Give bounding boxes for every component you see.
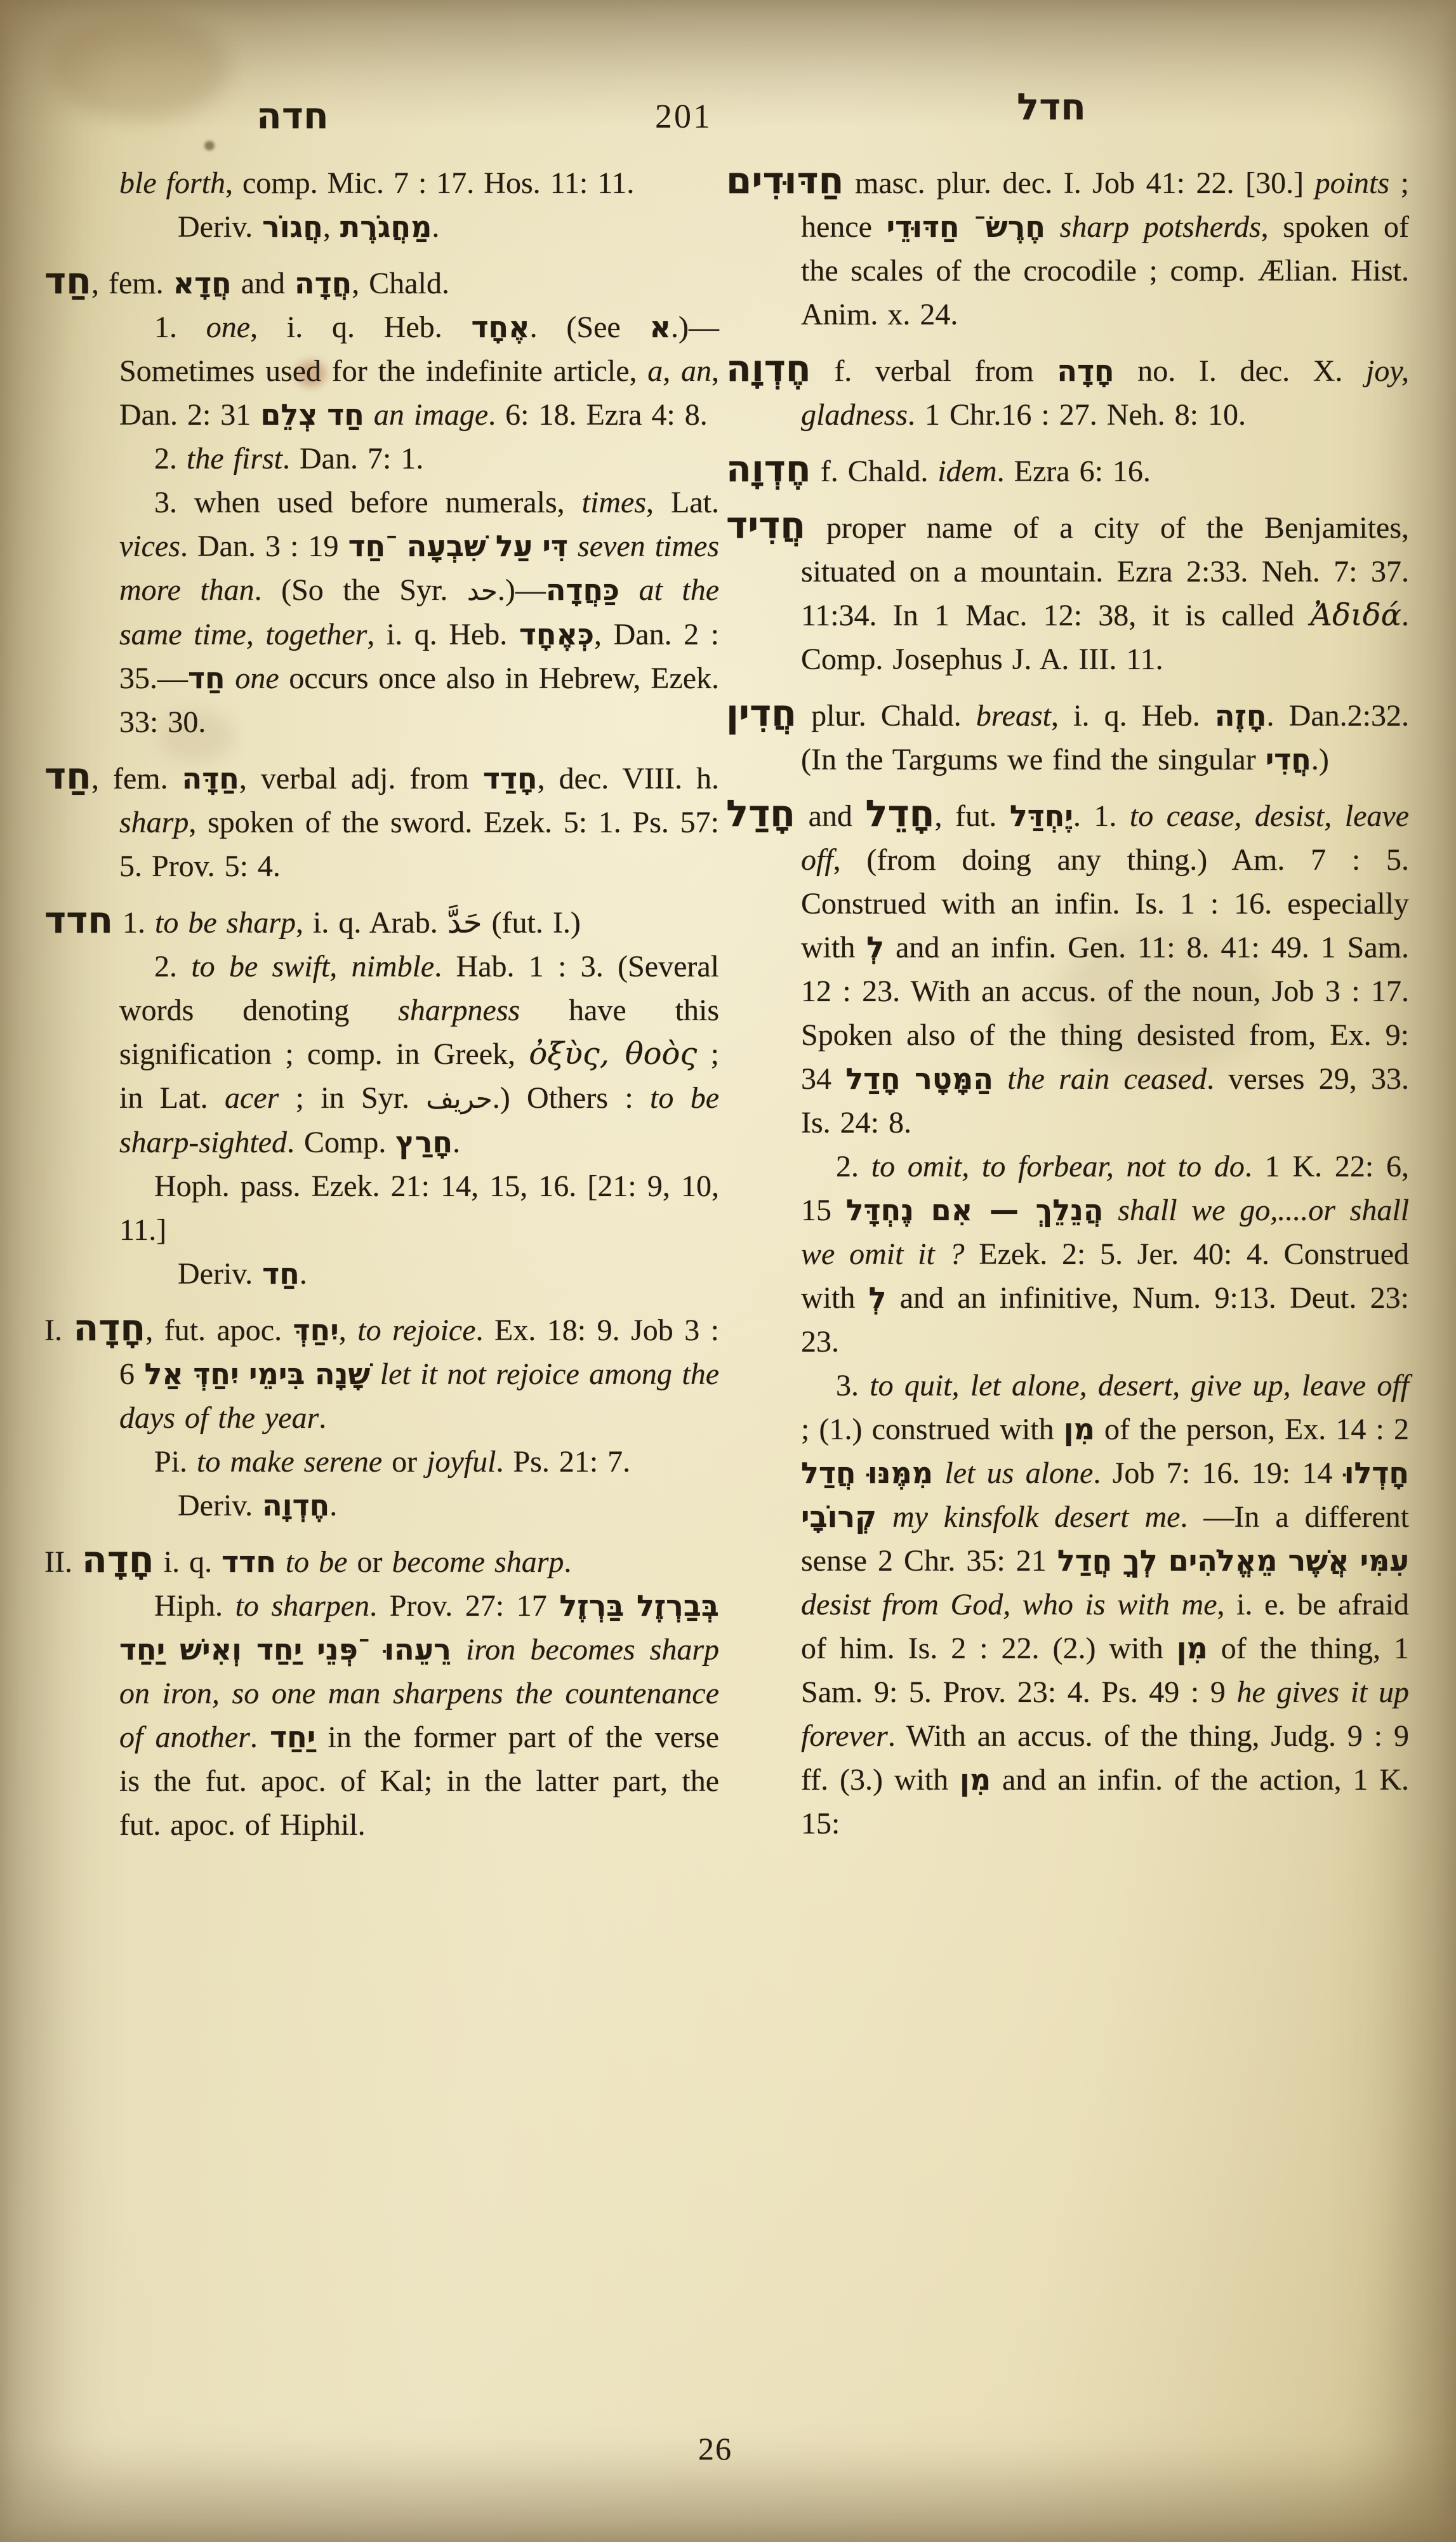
italic-text: to omit, to forbear, not to do [871,1150,1245,1183]
headword-hebrew: חָדָה [82,1538,154,1581]
hebrew-word: קְרוֹבָי [801,1500,877,1534]
hebrew-word: חָדָה [1057,354,1114,388]
text-run: ־ [358,1633,384,1667]
text-run: , [339,1314,357,1347]
arabic-text: حَدَّ [447,905,482,940]
hebrew-word: שִׁבְעָה [407,529,486,563]
headword-hebrew: חָדֵל [865,792,934,835]
entry-paragraph: 3. to quit, let alone, desert, give up, … [801,1364,1409,1846]
entry-paragraph: חֲדִין plur. Chald. breast, i. q. Heb. ח… [801,694,1409,782]
text-run: , dec. VIII. h. [538,762,719,795]
text-run: . 1 Chr.16 : 27. Neh. 8: 10. [908,398,1246,432]
hebrew-word: וְאִישׁ [180,1632,242,1667]
italic-text: one [235,662,279,695]
text-run: 2. [836,1150,871,1183]
text-run: .)— [498,573,546,607]
entry-paragraph: Pi. to make serene or joyful. Ps. 21: 7. [119,1440,719,1484]
entry-paragraph: Hoph. pass. Ezek. 21: 14, 15, 16. [21: 9… [119,1164,719,1252]
entry-paragraph: חַד, fem. חַדָּה, verbal adj. from חָדַד… [119,757,719,888]
hebrew-word: לְךָ [1123,1543,1157,1578]
hebrew-word: יִחַדְּ [193,1357,239,1391]
headword-hebrew: חֲדִין [726,691,797,735]
text-run: . 1. [1073,799,1130,833]
hebrew-word: חדד [222,1545,276,1579]
text-run [1045,210,1060,244]
guide-word-right: חדל [1017,85,1086,128]
hebrew-word: חַד [327,397,364,432]
italic-text: the first [187,442,282,476]
text-run: , fem. [91,267,173,300]
hebrew-word: חָדַל [845,1061,900,1096]
hebrew-word: חֲדַל [801,1456,856,1490]
italic-text: to be [286,1545,348,1579]
hebrew-word: יַחַד [270,1720,315,1754]
hebrew-word: רֵעֵהוּ [384,1632,451,1667]
hebrew-word: צְלֵם [260,397,317,432]
entry-paragraph: 2. the first. Dan. 7: 1. [119,437,719,481]
text-run: f. Chald. [811,455,938,488]
entry-paragraph: חַד, fem. חֲדָא and חֲדָה, Chald. [119,262,719,305]
text-run: . 6: 18. Ezra 4: 8. [488,398,708,432]
text-run: no. I. dec. X. [1115,354,1366,388]
hebrew-word: שָׁנָה [315,1357,370,1391]
italic-text: times [582,486,646,519]
entry-paragraph: Deriv. חַד. [119,1252,719,1296]
italic-text: joyful [427,1445,496,1479]
text-run: I. [44,1314,73,1347]
text-run: , i. q. Arab. [296,906,447,940]
text-run: . [319,1401,326,1435]
entry-paragraph: Deriv. חֲגוֹר, מַחֲגֹרֶת. [119,205,719,249]
headword-hebrew: חָדָה [73,1306,145,1349]
hebrew-word: מִן [960,1762,991,1797]
italic-text: sharp [119,806,189,839]
text-run: i. q. [154,1545,222,1579]
hebrew-word: חֲדַל [1057,1543,1112,1578]
headword-hebrew: חֲדִיד [726,503,805,547]
italic-text: the rain ceased [1007,1062,1207,1096]
entry-paragraph: Hiph. to sharpen. Prov. 27: 17 בַּרְזֶל … [119,1584,719,1847]
italic-text: sharpness [398,994,520,1027]
text-run [877,1500,892,1534]
hebrew-word: מִן [1064,1412,1095,1446]
hebrew-word: מִן [1177,1631,1208,1665]
italic-text: my kinsfolk desert me [892,1500,1180,1534]
hebrew-word: חֶרֶשׂ [986,210,1045,244]
text-run: Deriv. [178,210,262,244]
italic-text: to rejoice [357,1314,475,1347]
hebrew-word: חַד [348,529,386,563]
italic-text: a, an [647,354,711,388]
italic-text: to sharpen [235,1589,370,1623]
text-run: ־ [385,529,406,563]
hebrew-word: בִּימֵי [249,1357,305,1391]
paper-stain [204,141,215,150]
text-run: , fem. [91,762,182,795]
text-run: masc. plur. dec. I. Job 41: 22. [30.] [844,166,1314,200]
entry-paragraph: Deriv. חֶדְוָה. [119,1484,719,1527]
hebrew-word: חָזֶה [1215,698,1267,733]
hebrew-word: חֲדָא [173,266,232,300]
hebrew-word: עִמִּי [1360,1543,1409,1578]
text-run: Pi. [154,1445,197,1479]
hebrew-word: בְּבַרְזֶל [637,1588,719,1623]
headword-hebrew: חֶדְוָה [726,347,811,390]
entry-paragraph: II. חָדָה i. q. חדד to be or become shar… [119,1540,719,1584]
text-run: , spoken of the sword. Ezek. 5: 1. Ps. 5… [119,806,719,883]
column-right: חַדּוּדִים masc. plur. dec. I. Job 41: 2… [801,161,1409,1846]
text-run [370,1357,380,1391]
hebrew-word: כַּחֲדָה [546,573,619,607]
text-run: ־ [960,210,986,244]
text-run: , i. q. Heb. [367,618,519,651]
text-run: 2. [154,442,187,476]
headword-hebrew: חדד [44,898,113,942]
hebrew-word: חָרַץ [395,1125,453,1159]
text-run: 3. when used before numerals, [154,486,582,519]
italic-text: idem [937,455,996,488]
text-run: Deriv. [178,1257,262,1291]
text-run: and [232,267,295,300]
text-run: , fut. [934,799,1009,833]
text-run: Deriv. [178,1489,262,1522]
book-page: חדה 201 חדל ble forth, comp. Mic. 7 : 17… [0,0,1456,2542]
hebrew-word: יַחַד [119,1632,165,1667]
italic-text: vices [119,529,180,563]
text-run [568,529,578,563]
text-run [364,398,374,432]
text-run [619,573,639,607]
hebrew-word: חֶדְוָה [262,1488,329,1522]
italic-text: sharp potsherds [1060,210,1261,244]
hebrew-word: כְּאֶחָד [519,617,594,651]
hebrew-word: מֵאֱלֹהִים [1168,1543,1278,1578]
italic-text: to quit, let alone, desert, give up, lea… [870,1369,1409,1402]
italic-text: to be swift, nimble [191,950,434,983]
italic-text: let us alone [944,1456,1093,1490]
hebrew-phrase: הֲנֵלֵךְ — אִם נֶחְדָּל [846,1193,1104,1227]
hebrew-word: אֶחָד [472,310,530,344]
hebrew-word: דִּי [542,529,568,563]
entry-paragraph: חָדַל and חָדֵל, fut. יֶחְדַּל. 1. to ce… [801,794,1409,1145]
text-run: . Ps. 21: 7. [496,1445,630,1479]
text-run: .) [1311,743,1329,776]
text-run: . [564,1545,571,1579]
text-run: plur. Chald. [797,699,976,733]
hebrew-word: חַדָּה [182,761,239,795]
page-number: 201 [655,96,712,136]
hebrew-word: מִמֶּנּוּ [868,1456,933,1490]
greek-text: Ἀδιδά [1310,597,1401,633]
text-run: . Prov. 27: 17 [369,1589,559,1623]
hebrew-word: א [650,310,672,344]
hebrew-word: חָדְלוּ [1344,1456,1409,1490]
column-left: ble forth, comp. Mic. 7 : 17. Hos. 11: 1… [119,161,719,1847]
italic-text: to be sharp [155,906,296,940]
syriac-text: حد [467,575,498,606]
headword-hebrew: חַד [44,259,91,302]
hebrew-word: חֲדָה [295,266,352,300]
text-run: .) Others : [493,1081,650,1115]
hebrew-word: חַד [262,1256,300,1291]
hebrew-word: חַד [188,661,225,695]
text-run: , Chald. [352,267,449,300]
text-run: , verbal adj. from [239,762,483,795]
text-run: 1. [113,906,155,940]
entry-paragraph: 2. to omit, to forbear, not to do. 1 K. … [801,1145,1409,1364]
hebrew-word: מַחֲגֹרֶת [340,210,432,244]
hebrew-word: חָדַד [483,761,538,795]
text-run: , [323,210,340,244]
text-run: and an infinitive, Num. 9:13. Deut. 23: … [801,1281,1409,1359]
greek-text: ὀξὺς, θοὸς [529,1036,697,1072]
hebrew-word: לְ [869,1281,887,1315]
text-run: ; (1.) construed with [801,1413,1064,1446]
entry-paragraph: 2. to be swift, nimble. Hab. 1 : 3. (Sev… [119,945,719,1164]
text-run [993,1062,1007,1096]
signature-number: 26 [698,2430,732,2467]
headword-hebrew: חָדַל [726,792,795,835]
text-run: . Job 7: 16. 19: 14 [1093,1456,1344,1490]
italic-text: one [206,310,250,344]
text-run: . Comp. [287,1126,395,1159]
text-run [451,1633,466,1667]
italic-text: ble forth [119,166,225,200]
entry-paragraph: חַדּוּדִים masc. plur. dec. I. Job 41: 2… [801,161,1409,336]
entry-paragraph: 3. when used before numerals, times, Lat… [119,481,719,744]
hebrew-word: חֲדִי [1266,742,1311,776]
entry-paragraph: חֲדִיד proper name of a city of the Benj… [801,506,1409,681]
hebrew-word: פְּנֵי [317,1632,358,1667]
text-run: and [795,799,865,833]
entry-paragraph: חֶדְוָה f. Chald. idem. Ezra 6: 16. [801,449,1409,493]
text-run: 1. [154,310,206,344]
text-run: 3. [836,1369,870,1402]
text-run: . Ezra 6: 16. [997,455,1151,488]
hebrew-word: בַּרְזֶל [559,1588,624,1623]
hebrew-word: יַחַד [256,1632,302,1667]
entry-paragraph: ble forth, comp. Mic. 7 : 17. Hos. 11: 1… [119,161,719,205]
italic-text: an image [374,398,488,432]
text-run: . [432,210,439,244]
italic-text: acer [225,1081,279,1115]
hebrew-word: חַדּוּדֵי [887,210,960,244]
text-run [225,662,235,695]
text-run [276,1545,286,1579]
text-run: ; in Syr. [279,1081,426,1115]
text-run: , fut. apoc. [145,1314,293,1347]
text-run: or [382,1445,427,1479]
italic-text: become sharp [392,1545,564,1579]
text-run: . [300,1257,307,1291]
entry-paragraph: 1. one, i. q. Heb. אֶחָד. (See א.)— Some… [119,305,719,437]
italic-text: to make serene [197,1445,382,1479]
text-run: (fut. I.) [482,906,581,940]
text-run: , i. q. Heb. [250,310,471,344]
text-run [933,1456,944,1490]
text-run: 2. [154,950,191,983]
text-run: . Dan. 3 : 19 [180,529,348,563]
guide-word-left: חדה [256,94,329,137]
hebrew-word: יֶחְדַּל [1010,799,1073,833]
italic-text: breast [976,699,1051,733]
headword-hebrew: חַדּוּדִים [726,159,844,202]
italic-text: points [1315,166,1389,200]
entry-paragraph: חֶדְוָה f. verbal from חָדָה no. I. dec.… [801,349,1409,437]
entry-paragraph: I. חָדָה, fut. apoc. יִחַדְּ, to rejoice… [119,1308,719,1440]
text-run [1104,1194,1118,1227]
hebrew-word: לְ [866,930,884,964]
paper-stain [51,13,228,121]
hebrew-word: הַמָּטָר [915,1061,993,1096]
syriac-text: حريف [426,1083,492,1114]
text-run: . (So the Syr. [255,573,467,607]
hebrew-word: עַל [496,529,533,563]
hebrew-word: יִחַדְּ [293,1313,339,1347]
text-run: II. [44,1545,82,1579]
text-run: , Lat. [646,486,719,519]
text-run: . Dan. 7: 1. [282,442,423,476]
italic-text: desist from God, who is with me [801,1588,1217,1621]
text-run: f. verbal from [811,354,1057,388]
headword-hebrew: חֶדְוָה [726,447,811,490]
text-run: . [453,1126,460,1159]
text-run: of the person, Ex. 14 : 2 [1095,1413,1409,1446]
hebrew-word: אֲשֶׁר [1288,1543,1349,1578]
text-run: . (See [530,310,650,344]
text-run: Hoph. pass. Ezek. 21: 14, 15, 16. [21: 9… [119,1169,719,1247]
entry-paragraph: חדד 1. to be sharp, i. q. Arab. حَدَّ (f… [119,901,719,945]
hebrew-word: חֲגוֹר [262,210,323,244]
text-run: , comp. Mic. 7 : 17. Hos. 11: 11. [225,166,634,200]
headword-hebrew: חַד [44,754,91,797]
text-run: . [250,1720,270,1754]
text-run: Hiph. [154,1589,235,1623]
hebrew-word: אַל [145,1357,183,1391]
text-run: , i. q. Heb. [1051,699,1215,733]
text-run: . [329,1489,337,1522]
text-run: or [347,1545,392,1579]
